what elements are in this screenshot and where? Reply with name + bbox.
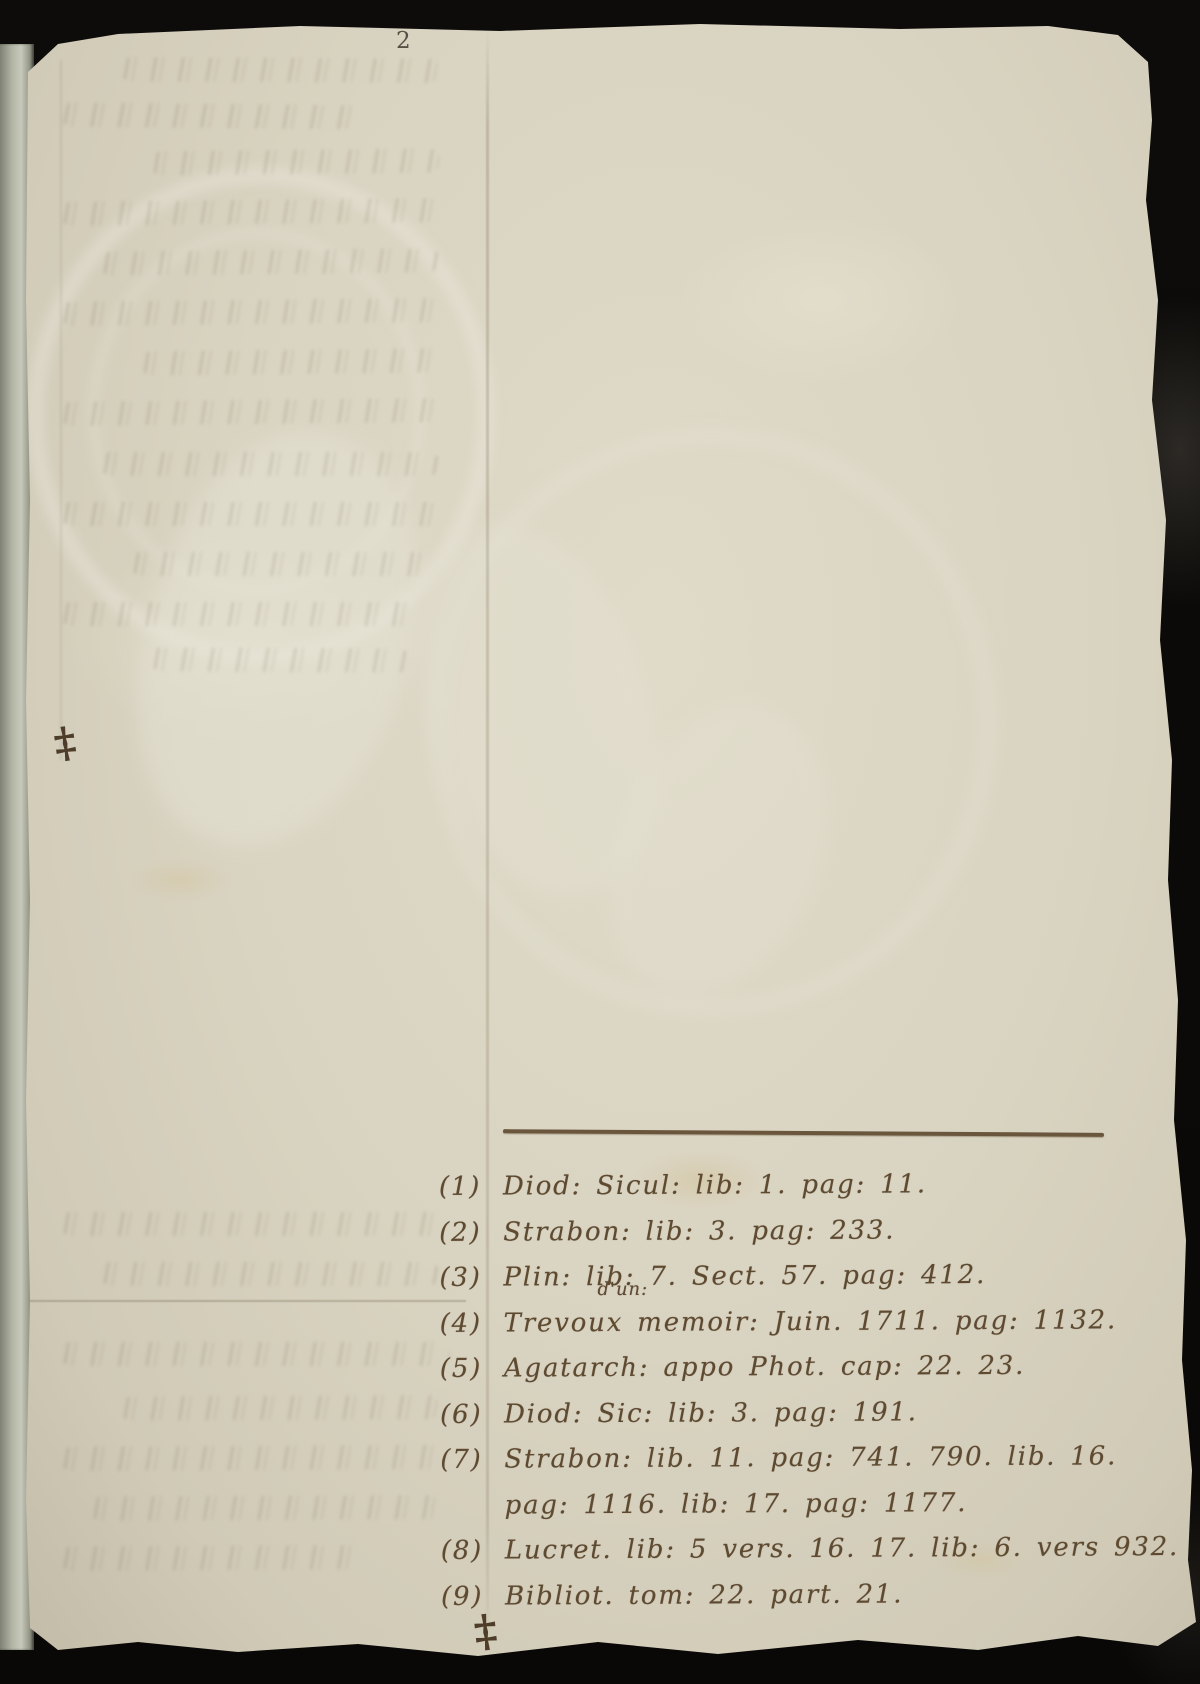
footnote-number: (2) xyxy=(439,1210,503,1256)
footnote-number: (8) xyxy=(441,1529,505,1575)
footnote-row: (6) Diod: Sic: lib: 3. pag: 191. xyxy=(440,1389,1160,1438)
bleedthrough-line xyxy=(60,602,420,626)
footnote-number: (4) xyxy=(440,1301,504,1347)
footnote-text: Plin: lib: 7. Sect. 57. pag: 412. xyxy=(503,1253,986,1301)
footnote-row: (1) Diod: Sicul: lib: 1. pag: 11. xyxy=(439,1161,1159,1210)
text-line xyxy=(500,1047,1180,1099)
margin-note-line xyxy=(41,1125,491,1175)
bleedthrough-line xyxy=(130,552,430,576)
text-line xyxy=(499,904,1179,956)
footnote-text: Strabon: lib. 11. pag: 741. 790. lib. 16… xyxy=(504,1434,1117,1483)
footnote-text: d'un:Trevoux memoir: Juin. 1711. pag: 11… xyxy=(504,1298,1118,1347)
text-line xyxy=(498,762,1178,814)
bleedthrough-line xyxy=(150,647,410,672)
footnote-text: Diod: Sicul: lib: 1. pag: 11. xyxy=(503,1162,927,1210)
footnote-text: Bibliot. tom: 22. part. 21. xyxy=(505,1572,903,1620)
text-line xyxy=(496,428,1176,480)
text-line xyxy=(499,809,1179,861)
text-line xyxy=(499,857,1179,909)
bleedthrough-line xyxy=(120,57,440,83)
margin-note-line xyxy=(40,1029,490,1079)
margin-note-line xyxy=(39,741,489,791)
bleedthrough-line xyxy=(120,1395,440,1421)
bleedthrough-line xyxy=(60,298,440,326)
footnote-number: (3) xyxy=(439,1256,503,1302)
footnote-number: (5) xyxy=(440,1347,504,1393)
manuscript-page: 2 ‡ (1) Diod: Sicul: lib: 1. pag: 11. (2… xyxy=(0,0,1200,1684)
footnote-row: pag: 1116. lib: 17. pag: 1177. xyxy=(440,1480,1160,1529)
text-line xyxy=(498,714,1178,766)
footnote-text: Agatarch: appo Phot. cap: 22. 23. xyxy=(504,1344,1026,1392)
margin-note-line xyxy=(39,789,489,839)
footnote-text: pag: 1116. lib: 17. pag: 1177. xyxy=(504,1481,967,1529)
bleedthrough-rule xyxy=(0,1300,466,1302)
text-line xyxy=(495,238,1175,290)
margin-note-line xyxy=(41,1077,491,1127)
footnote-number xyxy=(440,1483,504,1529)
bleedthrough-line xyxy=(60,1445,440,1471)
footnote-number: (6) xyxy=(440,1392,504,1438)
footnote-text: Lucret. lib: 5 vers. 16. 17. lib: 6. ver… xyxy=(505,1525,1179,1574)
bleedthrough-line xyxy=(100,1262,440,1286)
text-line xyxy=(498,666,1178,718)
footnote-row: (2) Strabon: lib: 3. pag: 233. xyxy=(439,1207,1159,1256)
margin-note-line xyxy=(40,933,490,983)
text-line xyxy=(425,48,1173,101)
text-line xyxy=(495,333,1175,385)
footnote-row: (8) Lucret. lib: 5 vers. 16. 17. lib: 6.… xyxy=(441,1525,1161,1574)
bleedthrough-line xyxy=(100,452,440,476)
footnote-row: (4) d'un:Trevoux memoir: Juin. 1711. pag… xyxy=(440,1298,1160,1347)
bleedthrough-line xyxy=(60,1545,360,1571)
text-line xyxy=(496,476,1176,528)
text-line xyxy=(497,571,1177,623)
footnotes: (1) Diod: Sicul: lib: 1. pag: 11. (2) St… xyxy=(439,1161,1161,1620)
text-line xyxy=(500,999,1180,1051)
bleedthrough-line xyxy=(60,1212,440,1236)
text-line xyxy=(496,381,1176,433)
margin-note-line xyxy=(39,837,489,887)
text-line xyxy=(494,190,1174,242)
bleedthrough-line xyxy=(150,148,440,175)
footnote-text: Strabon: lib: 3. pag: 233. xyxy=(503,1208,895,1256)
footnote-row: (7) Strabon: lib. 11. pag: 741. 790. lib… xyxy=(440,1434,1160,1483)
margin-note-line xyxy=(40,981,490,1031)
footnote-text: Diod: Sic: lib: 3. pag: 191. xyxy=(504,1390,918,1438)
footnote-insertion: d'un: xyxy=(597,1280,648,1298)
bleedthrough-line xyxy=(90,1495,440,1521)
bleedthrough-line xyxy=(60,398,440,426)
page-number: 2 xyxy=(396,28,411,54)
text-line xyxy=(497,619,1177,671)
bleedthrough-line xyxy=(60,198,440,226)
footnote-number: (1) xyxy=(439,1165,503,1211)
bleedthrough-line xyxy=(60,1342,450,1366)
margin-note xyxy=(39,741,491,1175)
text-line xyxy=(495,286,1175,338)
footnote-rule xyxy=(503,1129,1104,1137)
margin-note-line xyxy=(40,885,490,935)
photographed-manuscript: 2 ‡ (1) Diod: Sicul: lib: 1. pag: 11. (2… xyxy=(0,0,1200,1684)
text-line xyxy=(494,143,1174,195)
bleedthrough-line xyxy=(140,348,440,375)
main-text xyxy=(493,48,1180,1100)
text-line xyxy=(452,95,1174,148)
text-line xyxy=(500,952,1180,1004)
bleedthrough-line xyxy=(100,248,440,276)
bleedthrough-line xyxy=(60,502,440,526)
footnote-row: (3) Plin: lib: 7. Sect. 57. pag: 412. xyxy=(439,1252,1159,1301)
footnote-number: (7) xyxy=(440,1438,504,1484)
bleedthrough-line xyxy=(60,102,360,129)
footnote-row: (5) Agatarch: appo Phot. cap: 22. 23. xyxy=(440,1343,1160,1392)
text-line xyxy=(497,524,1177,576)
footnote-row: (9) Bibliot. tom: 22. part. 21. xyxy=(441,1571,1161,1620)
